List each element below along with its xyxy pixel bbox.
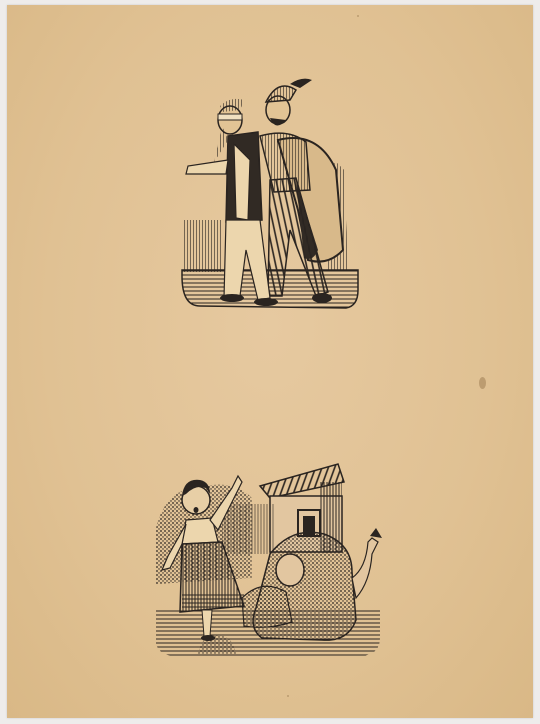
woodcut-top-illustration xyxy=(178,70,362,310)
captor-and-blindfolded-man-image xyxy=(178,70,362,310)
paper-spot xyxy=(357,15,359,17)
girl-and-lion-image xyxy=(152,458,388,662)
paper-spot xyxy=(287,695,289,697)
woodcut-bottom-illustration xyxy=(152,458,388,662)
paper-spot xyxy=(479,377,486,389)
